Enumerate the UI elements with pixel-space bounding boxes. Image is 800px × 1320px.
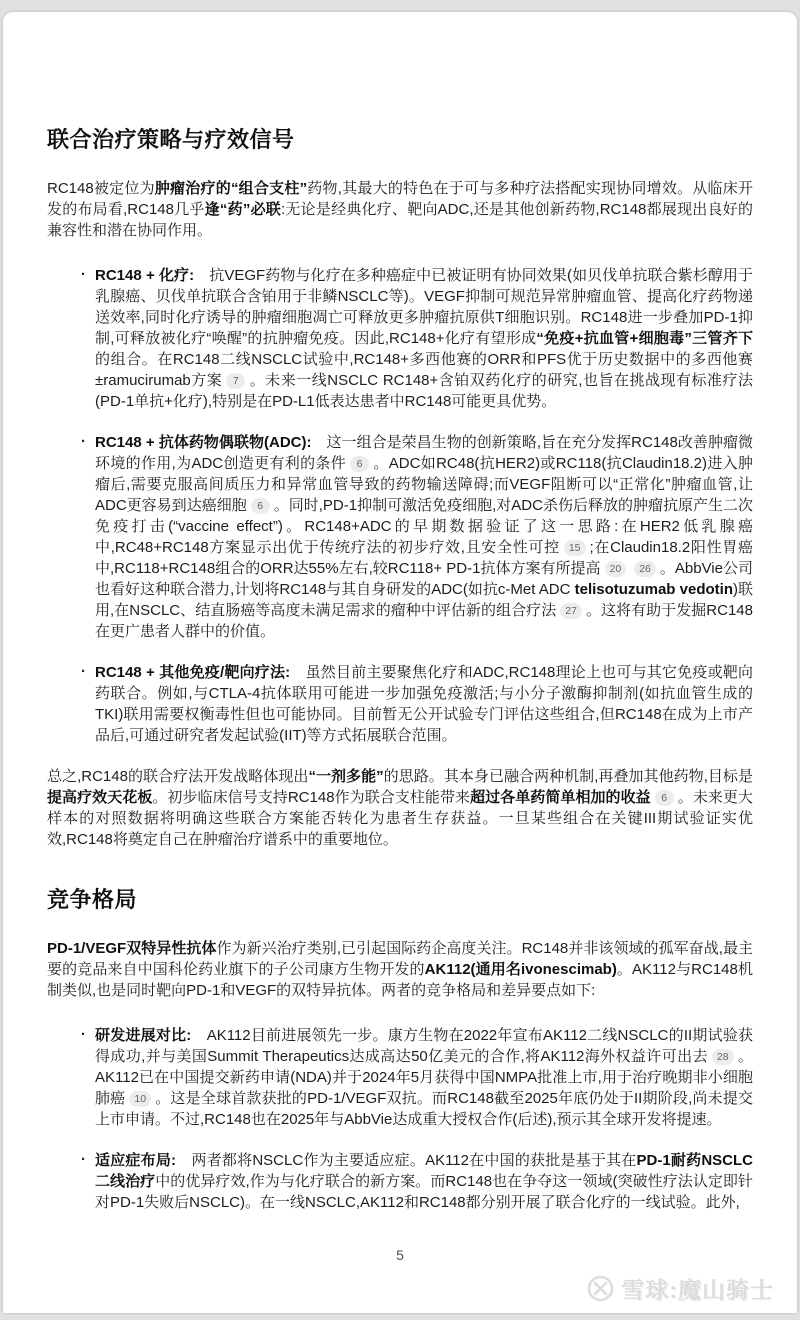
bullet-marker: · (81, 1024, 86, 1045)
bullet-rc148-chemo: ·RC148 + 化疗: 抗VEGF药物与化疗在多种癌症中已被证明有协同效果(如… (47, 265, 753, 412)
bold-text-run: 竞争格局 (47, 887, 137, 912)
citation-badge[interactable]: 6 (251, 498, 270, 514)
bold-text-run: 适应症布局: (95, 1152, 191, 1169)
bullet-rc148-adc: ·RC148 + 抗体药物偶联物(ADC): 这一组合是荣昌生物的创新策略,旨在… (47, 432, 753, 642)
citation-badge[interactable]: 7 (226, 373, 245, 389)
bold-text-run: 联合治疗策略与疗效信号 (47, 127, 295, 152)
bold-text-run: 研发进展对比: (95, 1027, 207, 1044)
competition-intro-paragraph: PD-1/VEGF双特异性抗体作为新兴治疗类别,已引起国际药企高度关注。RC14… (47, 938, 753, 1001)
section-title-competition: 竞争格局 (47, 886, 753, 914)
text-run: 中的优异疗效,作为与化疗联合的新方案。而RC148也在争夺这一领域(突破性疗法认… (95, 1173, 753, 1211)
bullet-marker: · (81, 661, 86, 682)
citation-badge[interactable]: 26 (634, 561, 656, 577)
text-run: 。这是全球首款获批的PD-1/VEGF双抗。而RC148截至2025年底仍处于I… (95, 1090, 753, 1128)
bullet-rc148-other-therapies: ·RC148 + 其他免疫/靶向疗法: 虽然目前主要聚焦化疗和ADC,RC148… (47, 662, 753, 746)
citation-badge[interactable]: 6 (350, 456, 369, 472)
citation-badge[interactable]: 10 (129, 1091, 151, 1107)
text-run: 两者都将NSCLC作为主要适应症。AK112在中国的获批是基于其在 (191, 1152, 636, 1169)
bold-text-run: “一剂多能” (308, 768, 383, 785)
citation-badge[interactable]: 6 (655, 790, 674, 806)
text-run: RC148被定位为 (47, 180, 155, 197)
section-title-combination-strategy: 联合治疗策略与疗效信号 (47, 126, 753, 154)
citation-badge[interactable]: 15 (564, 540, 586, 556)
bold-text-run: “免疫+抗血管+细胞毒”三管齐下 (536, 330, 753, 347)
text-run: 的思路。其本身已融合两种机制,再叠加其他药物,目标是 (384, 768, 753, 785)
bold-text-run: RC148 + 其他免疫/靶向疗法: (95, 664, 306, 681)
bold-text-run: RC148 + 抗体药物偶联物(ADC): (95, 434, 327, 451)
bold-text-run: PD-1/VEGF双特异性抗体 (47, 940, 217, 957)
article-content: 联合治疗策略与疗效信号RC148被定位为肿瘤治疗的“组合支柱”药物,其最大的特色… (3, 12, 797, 1213)
bullet-indication-layout: ·适应症布局: 两者都将NSCLC作为主要适应症。AK112在中国的获批是基于其… (47, 1150, 753, 1213)
bullet-marker: · (81, 1149, 86, 1170)
intro-paragraph: RC148被定位为肿瘤治疗的“组合支柱”药物,其最大的特色在于可与多种疗法搭配实… (47, 178, 753, 241)
bullet-development-progress: ·研发进展对比: AK112目前进展领先一步。康方生物在2022年宣布AK112… (47, 1025, 753, 1130)
bold-text-run: telisotuzumab vedotin (575, 581, 733, 598)
bold-text-run: AK112(通用名ivonescimab) (425, 961, 617, 978)
bold-text-run: RC148 + 化疗: (95, 267, 209, 284)
bold-text-run: 提高疗效天花板 (47, 789, 152, 806)
page-number: 5 (3, 1247, 797, 1263)
citation-badge[interactable]: 20 (605, 561, 627, 577)
document-page: 联合治疗策略与疗效信号RC148被定位为肿瘤治疗的“组合支柱”药物,其最大的特色… (3, 12, 797, 1313)
text-run: 总之,RC148的联合疗法开发战略体现出 (47, 768, 308, 785)
bold-text-run: 肿瘤治疗的“组合支柱” (155, 180, 307, 197)
bullet-marker: · (81, 264, 86, 285)
summary-paragraph: 总之,RC148的联合疗法开发战略体现出“一剂多能”的思路。其本身已融合两种机制… (47, 766, 753, 850)
bold-text-run: 逢“药”必联 (205, 201, 281, 218)
citation-badge[interactable]: 27 (560, 603, 582, 619)
bullet-marker: · (81, 431, 86, 452)
bold-text-run: 超过各单药简单相加的收益 (470, 789, 651, 806)
text-run: 。初步临床信号支持RC148作为联合支柱能带来 (152, 789, 470, 806)
citation-badge[interactable]: 28 (712, 1049, 734, 1065)
